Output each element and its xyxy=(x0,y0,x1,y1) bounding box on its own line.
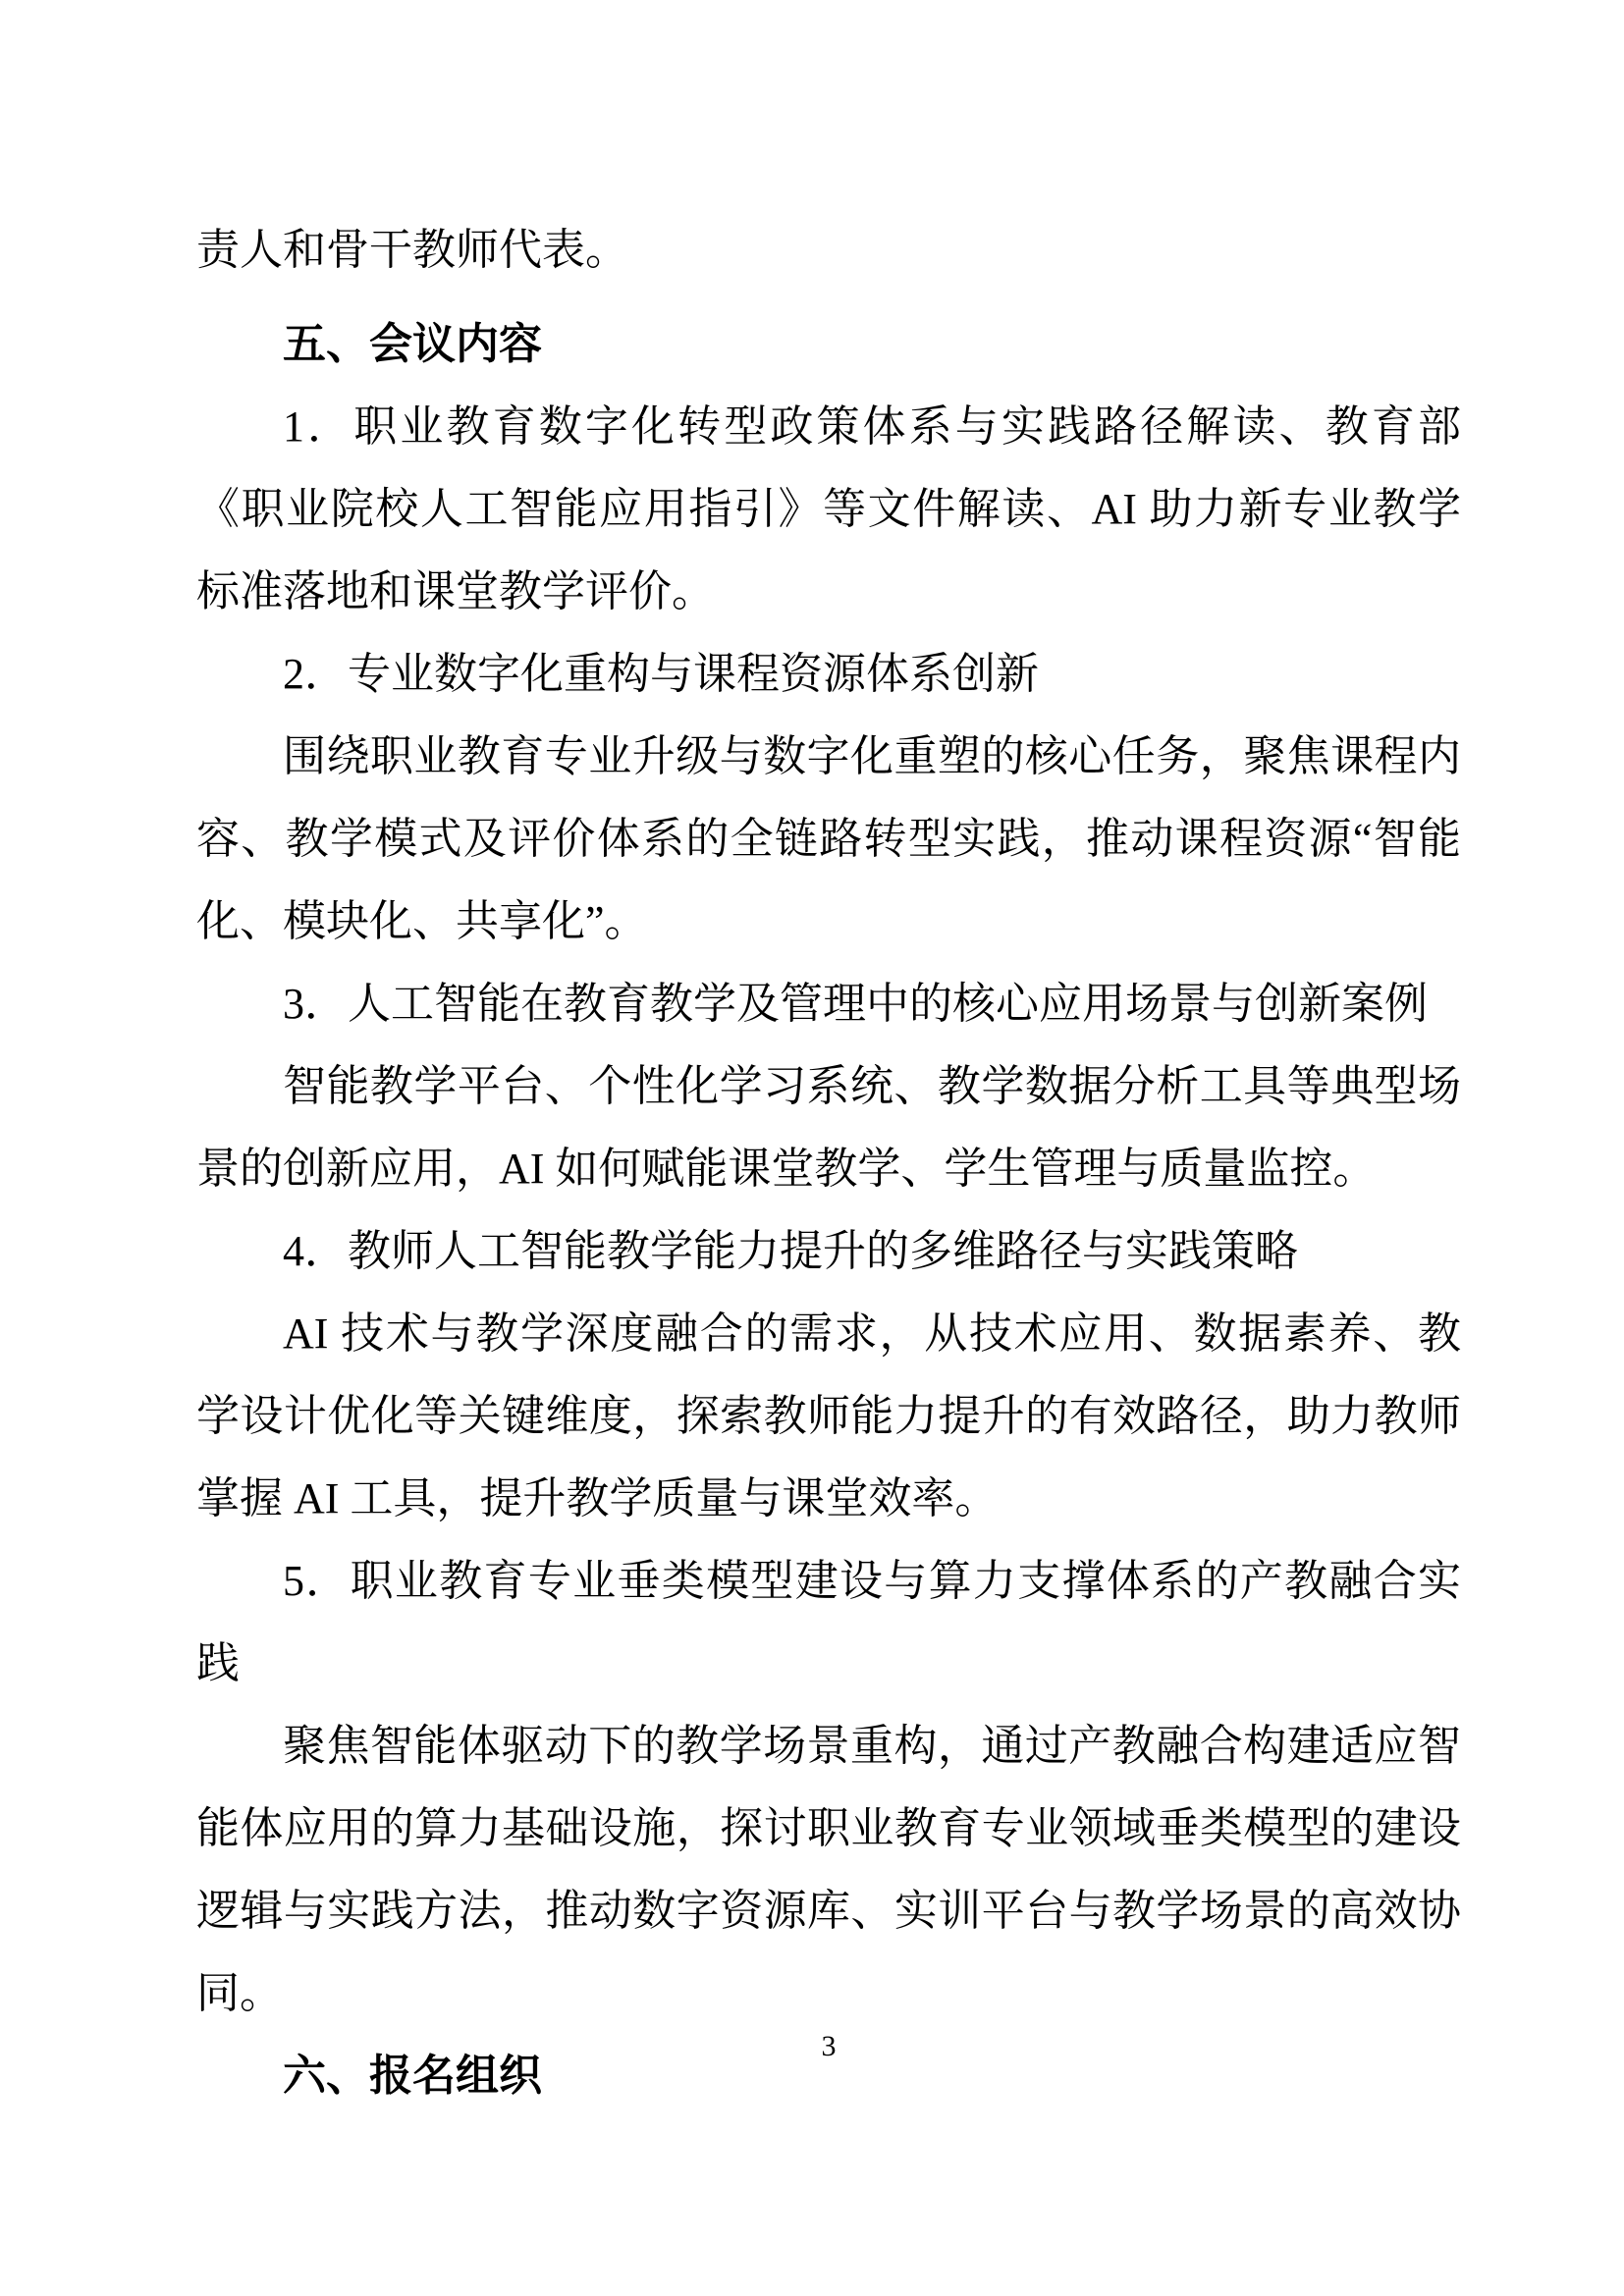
document-body: 责人和骨干教师代表。 五、会议内容 1．职业教育数字化转型政策体系与实践路径解读… xyxy=(196,209,1461,2117)
paragraph-item-1: 1．职业教育数字化转型政策体系与实践路径解读、教育部《职业院校人工智能应用指引》… xyxy=(196,386,1461,633)
document-page: 责人和骨干教师代表。 五、会议内容 1．职业教育数字化转型政策体系与实践路径解读… xyxy=(0,0,1624,2296)
paragraph-item-3: 3．人工智能在教育教学及管理中的核心应用场景与创新案例 xyxy=(196,963,1461,1045)
paragraph-item-3-detail: 智能教学平台、个性化学习系统、教学数据分析工具等典型场景的创新应用，AI 如何赋… xyxy=(196,1045,1461,1210)
paragraph-item-2-detail: 围绕职业教育专业升级与数字化重塑的核心任务，聚焦课程内容、教学模式及评价体系的全… xyxy=(196,716,1461,963)
paragraph-item-5: 5．职业教育专业垂类模型建设与算力支撑体系的产教融合实践 xyxy=(196,1540,1461,1705)
page-number: 3 xyxy=(196,2022,1461,2071)
paragraph-item-2: 2．专业数字化重构与课程资源体系创新 xyxy=(196,633,1461,716)
paragraph-item-4: 4．教师人工智能教学能力提升的多维路径与实践策略 xyxy=(196,1210,1461,1293)
continuation-paragraph: 责人和骨干教师代表。 xyxy=(196,209,1461,292)
section-heading-meeting-content: 五、会议内容 xyxy=(196,303,1461,386)
paragraph-item-4-detail: AI 技术与教学深度融合的需求，从技术应用、数据素养、教学设计优化等关键维度，探… xyxy=(196,1293,1461,1540)
paragraph-item-5-detail: 聚焦智能体驱动下的教学场景重构，通过产教融合构建适应智能体应用的算力基础设施，探… xyxy=(196,1705,1461,2035)
